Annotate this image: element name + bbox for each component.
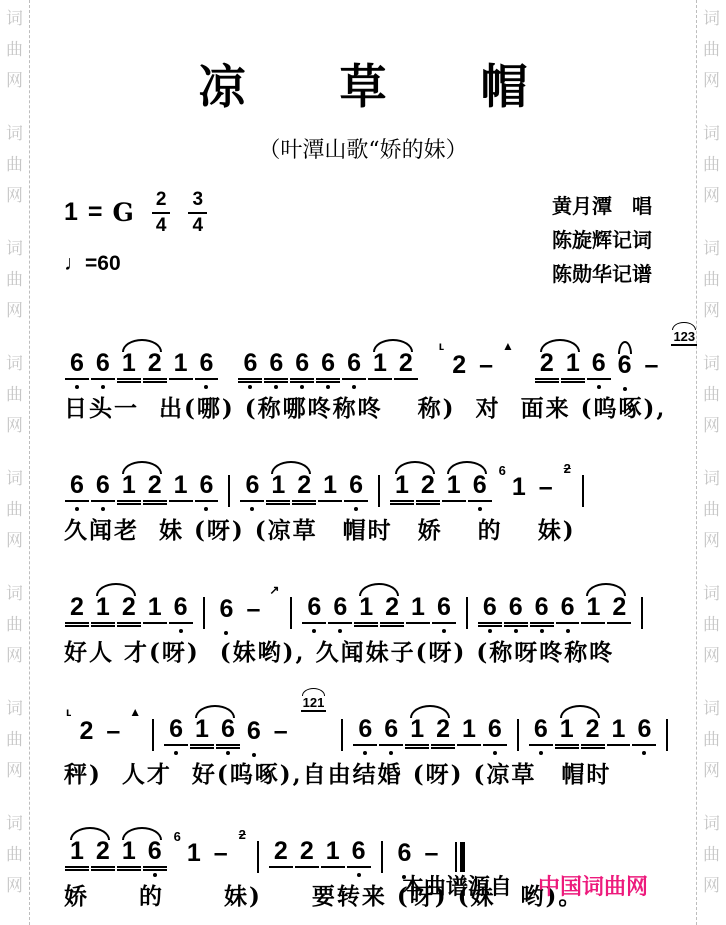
footer-prefix: 本曲谱源自 xyxy=(402,874,512,899)
watermark-char: 网 xyxy=(6,877,23,894)
note: 2 xyxy=(607,595,631,624)
octave-dot xyxy=(300,385,304,389)
note: 2 xyxy=(535,351,559,380)
lyrics-line: 好人 才(呀) (妹哟), 久闻妹子(呀) (称呀咚称咚 xyxy=(64,634,692,667)
grace-notes: 121 xyxy=(301,696,327,712)
octave-dot xyxy=(252,753,256,757)
note: 6 xyxy=(478,595,502,624)
note: 6 xyxy=(164,717,188,746)
barline xyxy=(381,841,383,873)
final-barline-thick xyxy=(460,842,465,872)
watermark-char: 网 xyxy=(6,302,23,319)
octave-dot xyxy=(389,751,393,755)
meta-row: 1 = G 2434 ♩=60 黄月潭 唱陈旋辉记词陈勋华记谱 xyxy=(34,190,692,292)
note: 6 xyxy=(530,595,554,624)
watermark-char: 网 xyxy=(703,877,720,894)
note: 1 xyxy=(117,473,141,502)
barline xyxy=(203,597,205,629)
note: 6 xyxy=(316,351,340,380)
note: 6 xyxy=(328,595,352,624)
sustain-dash: – xyxy=(99,719,127,744)
sustain-dash: – xyxy=(417,841,445,866)
octave-dot xyxy=(352,385,356,389)
octave-dot xyxy=(326,385,330,389)
time-signature-numerator: 3 xyxy=(188,190,207,214)
key-signature-block: 1 = G 2434 ♩=60 xyxy=(64,190,207,292)
annotation-mark: ʟ xyxy=(66,706,71,718)
note: 6 xyxy=(195,473,219,502)
note: 6 xyxy=(169,595,193,624)
note: 6 xyxy=(613,353,637,380)
note: 6 xyxy=(302,595,326,624)
slur-group: 12 xyxy=(64,839,116,868)
title-char: 草 xyxy=(340,50,387,117)
note: 6 xyxy=(342,351,366,380)
note: 2 xyxy=(416,473,440,502)
slur-group: 12 xyxy=(116,473,168,502)
note: 1 xyxy=(190,717,214,746)
note: 1 xyxy=(581,595,605,624)
octave-dot xyxy=(566,629,570,633)
slur-group: 12 xyxy=(367,351,419,380)
watermark-char: 曲 xyxy=(703,501,720,518)
watermark-char: 曲 xyxy=(703,386,720,403)
watermark-char: 词 xyxy=(6,10,23,27)
note: 2 xyxy=(431,717,455,746)
note: 6 xyxy=(240,473,264,502)
time-signature: 24 xyxy=(152,190,171,236)
octave-dot xyxy=(539,751,543,755)
footer-attribution: 本曲谱源自 中国词曲网 xyxy=(402,870,648,901)
watermark-char: 网 xyxy=(703,302,720,319)
notes-row: 6612166666612ʟ2–▲2166–123 xyxy=(64,328,692,380)
octave-dot xyxy=(204,507,208,511)
final-barline-thin xyxy=(455,842,457,872)
key-equals: = xyxy=(88,198,103,227)
note: 6 xyxy=(529,717,553,746)
note: 6 xyxy=(216,717,240,746)
time-signatures: 2434 xyxy=(152,190,207,236)
octave-dot xyxy=(174,751,178,755)
title-char: 凉 xyxy=(199,50,246,117)
annotation-mark: ▲ xyxy=(129,706,141,718)
note: 6 xyxy=(91,473,115,502)
octave-dot xyxy=(179,629,183,633)
grace-note-after: 2 xyxy=(239,828,246,841)
system-3: 212166–↗661216666612好人 才(呀) (妹哟), 久闻妹子(呀… xyxy=(64,572,692,667)
note: 2 xyxy=(74,719,98,746)
note: 1 xyxy=(321,839,345,868)
grace-note-after: 2 xyxy=(564,462,571,475)
sustain-dash: – xyxy=(207,841,235,866)
slur-group: 12 xyxy=(116,351,168,380)
watermark-char: 网 xyxy=(6,417,23,434)
notes-row: 66121661216121661–2 xyxy=(64,450,692,502)
note: 2 xyxy=(581,717,605,746)
note: 1 xyxy=(117,839,141,868)
barline xyxy=(257,841,259,873)
note: 1 xyxy=(318,473,342,502)
note: 1 xyxy=(143,595,167,624)
sustain-dash: – xyxy=(239,597,267,622)
watermark-char: 曲 xyxy=(703,156,720,173)
score: 6612166666612ʟ2–▲2166–123日头一 出(哪) (称哪咚称咚… xyxy=(34,328,692,911)
watermark-char: 网 xyxy=(6,187,23,204)
annotation-mark: ʟ xyxy=(439,340,444,352)
watermark-char: 词 xyxy=(6,815,23,832)
note: 1 xyxy=(555,717,579,746)
note: 6 xyxy=(393,841,417,868)
octave-dot xyxy=(442,629,446,633)
barline xyxy=(666,719,668,751)
sustain-dash: – xyxy=(532,475,560,500)
note: 6 xyxy=(587,351,611,380)
note: 2 xyxy=(380,595,404,624)
watermark-char: 词 xyxy=(6,470,23,487)
note: 1 xyxy=(405,717,429,746)
note: 2 xyxy=(269,839,293,868)
sustain-dash: – xyxy=(472,353,500,378)
watermark-char: 曲 xyxy=(703,616,720,633)
note: 1 xyxy=(182,841,206,868)
octave-dot xyxy=(75,385,79,389)
octave-dot xyxy=(540,629,544,633)
note: 6 xyxy=(215,597,239,624)
sheet-music-page: 词曲网词曲网词曲网词曲网词曲网词曲网词曲网词曲网 词曲网词曲网词曲网词曲网词曲网… xyxy=(0,0,726,925)
watermark-char: 词 xyxy=(6,355,23,372)
note: 2 xyxy=(143,351,167,380)
watermark-char: 词 xyxy=(6,700,23,717)
note: 1 xyxy=(91,595,115,624)
note: 6 xyxy=(65,351,89,380)
tempo-note-icon: ♩ xyxy=(64,252,85,275)
octave-dot xyxy=(312,629,316,633)
watermark-char: 词 xyxy=(703,240,720,257)
note: 6 xyxy=(483,717,507,746)
note: 6 xyxy=(242,719,266,746)
octave-dot xyxy=(224,631,228,635)
note: 6 xyxy=(290,351,314,380)
octave-dot xyxy=(514,629,518,633)
sheet-content: 凉草帽 （叶潭山歌“娇的妹） 1 = G 2434 ♩=60 黄月潭 唱陈旋辉记… xyxy=(34,0,692,925)
slur-group: 21 xyxy=(534,351,586,380)
note: 2 xyxy=(91,839,115,868)
watermark-char: 曲 xyxy=(703,846,720,863)
octave-dot xyxy=(597,385,601,389)
footer-brand: 中国词曲网 xyxy=(538,874,648,899)
lyrics-line: 日头一 出(哪) (称哪咚称咚 称) 对 面来 (呜啄), xyxy=(64,390,692,423)
barline xyxy=(582,475,584,507)
octave-dot xyxy=(101,385,105,389)
slur-group: 16 xyxy=(441,473,493,502)
watermark-char: 词 xyxy=(6,125,23,142)
note: 6 xyxy=(195,351,219,380)
watermark-char: 词 xyxy=(703,815,720,832)
note: 1 xyxy=(507,475,531,502)
system-4: ʟ2–▲6166–12166121661216秤) 人才 好(呜啄),自由结婚 … xyxy=(64,694,692,789)
note: 1 xyxy=(169,473,193,502)
octave-dot xyxy=(204,385,208,389)
watermark-char: 网 xyxy=(703,417,720,434)
slur-group: 12 xyxy=(389,473,441,502)
note: 6 xyxy=(65,473,89,502)
lyrics-line: 久闻老 妹 (呀) (凉草 帽时 娇 的 妹) xyxy=(64,512,692,545)
note: 2 xyxy=(65,595,89,624)
octave-dot xyxy=(623,387,627,391)
octave-dot xyxy=(363,751,367,755)
notes-row: 121661–222166– xyxy=(64,816,692,868)
octave-dot xyxy=(642,751,646,755)
watermark-char: 网 xyxy=(703,647,720,664)
note: 6 xyxy=(468,473,492,502)
slur-group: 12 xyxy=(265,473,317,502)
slur-group: 12 xyxy=(90,595,142,624)
note: 1 xyxy=(65,839,89,868)
note: 2 xyxy=(117,595,141,624)
note: 6 xyxy=(344,473,368,502)
note: 6 xyxy=(91,351,115,380)
slur-group: 6 xyxy=(612,353,638,380)
watermark-char: 网 xyxy=(703,532,720,549)
octave-dot xyxy=(101,507,105,511)
watermark-left: 词曲网词曲网词曲网词曲网词曲网词曲网词曲网词曲网 xyxy=(0,0,30,925)
note: 1 xyxy=(169,351,193,380)
watermark-char: 曲 xyxy=(6,41,23,58)
sustain-dash: – xyxy=(638,353,666,378)
watermark-char: 曲 xyxy=(6,271,23,288)
slur-group: 12 xyxy=(353,595,405,624)
note: 1 xyxy=(457,717,481,746)
note: 6 xyxy=(238,351,262,380)
watermark-char: 曲 xyxy=(703,41,720,58)
final-barline xyxy=(455,842,465,872)
watermark-char: 词 xyxy=(703,10,720,27)
barline xyxy=(290,597,292,629)
note: 6 xyxy=(379,717,403,746)
octave-dot xyxy=(354,507,358,511)
watermark-char: 网 xyxy=(6,647,23,664)
note: 1 xyxy=(354,595,378,624)
grace-notes: 123 xyxy=(671,330,697,346)
notes-row: 212166–↗661216666612 xyxy=(64,572,692,624)
watermark-char: 曲 xyxy=(6,156,23,173)
credit-line: 黄月潭 唱 xyxy=(552,190,652,224)
note: 1 xyxy=(266,473,290,502)
annotation-mark: ▲ xyxy=(502,340,514,352)
watermark-char: 词 xyxy=(6,240,23,257)
note: 2 xyxy=(143,473,167,502)
note: 6 xyxy=(632,717,656,746)
watermark-char: 网 xyxy=(6,762,23,779)
octave-dot xyxy=(338,629,342,633)
watermark-char: 网 xyxy=(6,532,23,549)
watermark-char: 词 xyxy=(703,355,720,372)
slur-group: 12 xyxy=(554,717,606,746)
watermark-char: 曲 xyxy=(6,386,23,403)
barline xyxy=(152,719,154,751)
watermark-char: 网 xyxy=(703,762,720,779)
octave-dot xyxy=(250,507,254,511)
note: 1 xyxy=(117,351,141,380)
octave-dot xyxy=(357,873,361,877)
watermark-char: 曲 xyxy=(6,731,23,748)
key-line: 1 = G 2434 xyxy=(64,190,207,236)
note: 1 xyxy=(368,351,392,380)
slur-group: 16 xyxy=(189,717,241,746)
song-title: 凉草帽 xyxy=(34,50,692,117)
watermark-right: 词曲网词曲网词曲网词曲网词曲网词曲网词曲网词曲网 xyxy=(696,0,726,925)
note: 6 xyxy=(143,839,167,868)
watermark-char: 网 xyxy=(6,72,23,89)
watermark-char: 曲 xyxy=(703,271,720,288)
barline xyxy=(378,475,380,507)
note: 6 xyxy=(264,351,288,380)
octave-dot xyxy=(488,629,492,633)
credit-line: 陈旋辉记词 xyxy=(552,224,652,258)
octave-dot xyxy=(226,751,230,755)
watermark-char: 词 xyxy=(703,700,720,717)
key-letter: G xyxy=(113,198,134,227)
watermark-char: 曲 xyxy=(703,731,720,748)
time-signature-numerator: 2 xyxy=(152,190,171,214)
key-tonic: 1 xyxy=(64,198,78,227)
watermark-char: 网 xyxy=(703,72,720,89)
credits: 黄月潭 唱陈旋辉记词陈勋华记谱 xyxy=(552,190,652,292)
title-char: 帽 xyxy=(481,50,528,117)
octave-dot xyxy=(478,507,482,511)
barline xyxy=(466,597,468,629)
note: 6 xyxy=(432,595,456,624)
octave-dot xyxy=(274,385,278,389)
note: 6 xyxy=(353,717,377,746)
note: 6 xyxy=(556,595,580,624)
watermark-char: 曲 xyxy=(6,846,23,863)
note: 6 xyxy=(504,595,528,624)
note: 2 xyxy=(447,353,471,380)
slur-group: 16 xyxy=(116,839,168,868)
time-signature-denominator: 4 xyxy=(156,214,167,236)
sustain-dash: – xyxy=(267,719,295,744)
time-signature: 34 xyxy=(188,190,207,236)
note: 1 xyxy=(607,717,631,746)
slur-group: 12 xyxy=(580,595,632,624)
note: 1 xyxy=(442,473,466,502)
watermark-char: 词 xyxy=(703,470,720,487)
note: 6 xyxy=(347,839,371,868)
note: 1 xyxy=(406,595,430,624)
tempo-marking: ♩=60 xyxy=(64,252,207,276)
octave-dot xyxy=(248,385,252,389)
watermark-char: 词 xyxy=(703,585,720,602)
song-subtitle: （叶潭山歌“娇的妹） xyxy=(34,133,692,164)
watermark-char: 曲 xyxy=(6,616,23,633)
grace-note-before: 6 xyxy=(499,464,506,477)
barline xyxy=(517,719,519,751)
barline xyxy=(641,597,643,629)
watermark-char: 词 xyxy=(6,585,23,602)
barline xyxy=(228,475,230,507)
watermark-char: 曲 xyxy=(6,501,23,518)
slur-group: 12 xyxy=(404,717,456,746)
watermark-char: 网 xyxy=(703,187,720,204)
grace-note-before: 6 xyxy=(174,830,181,843)
notes-row: ʟ2–▲6166–12166121661216 xyxy=(64,694,692,746)
note: 2 xyxy=(292,473,316,502)
system-2: 66121661216121661–2久闻老 妹 (呀) (凉草 帽时 娇 的 … xyxy=(64,450,692,545)
barline xyxy=(341,719,343,751)
watermark-char: 词 xyxy=(703,125,720,142)
note: 2 xyxy=(295,839,319,868)
credit-line: 陈勋华记谱 xyxy=(552,258,652,292)
system-1: 6612166666612ʟ2–▲2166–123日头一 出(哪) (称哪咚称咚… xyxy=(64,328,692,423)
time-signature-denominator: 4 xyxy=(192,214,203,236)
octave-dot xyxy=(493,751,497,755)
lyrics-line: 秤) 人才 好(呜啄),自由结婚 (呀) (凉草 帽时 xyxy=(64,756,692,789)
octave-dot xyxy=(153,873,157,877)
tempo-value: =60 xyxy=(85,252,121,275)
note: 1 xyxy=(561,351,585,380)
note: 2 xyxy=(394,351,418,380)
octave-dot xyxy=(75,507,79,511)
note: 1 xyxy=(390,473,414,502)
annotation-mark: ↗ xyxy=(269,584,279,596)
